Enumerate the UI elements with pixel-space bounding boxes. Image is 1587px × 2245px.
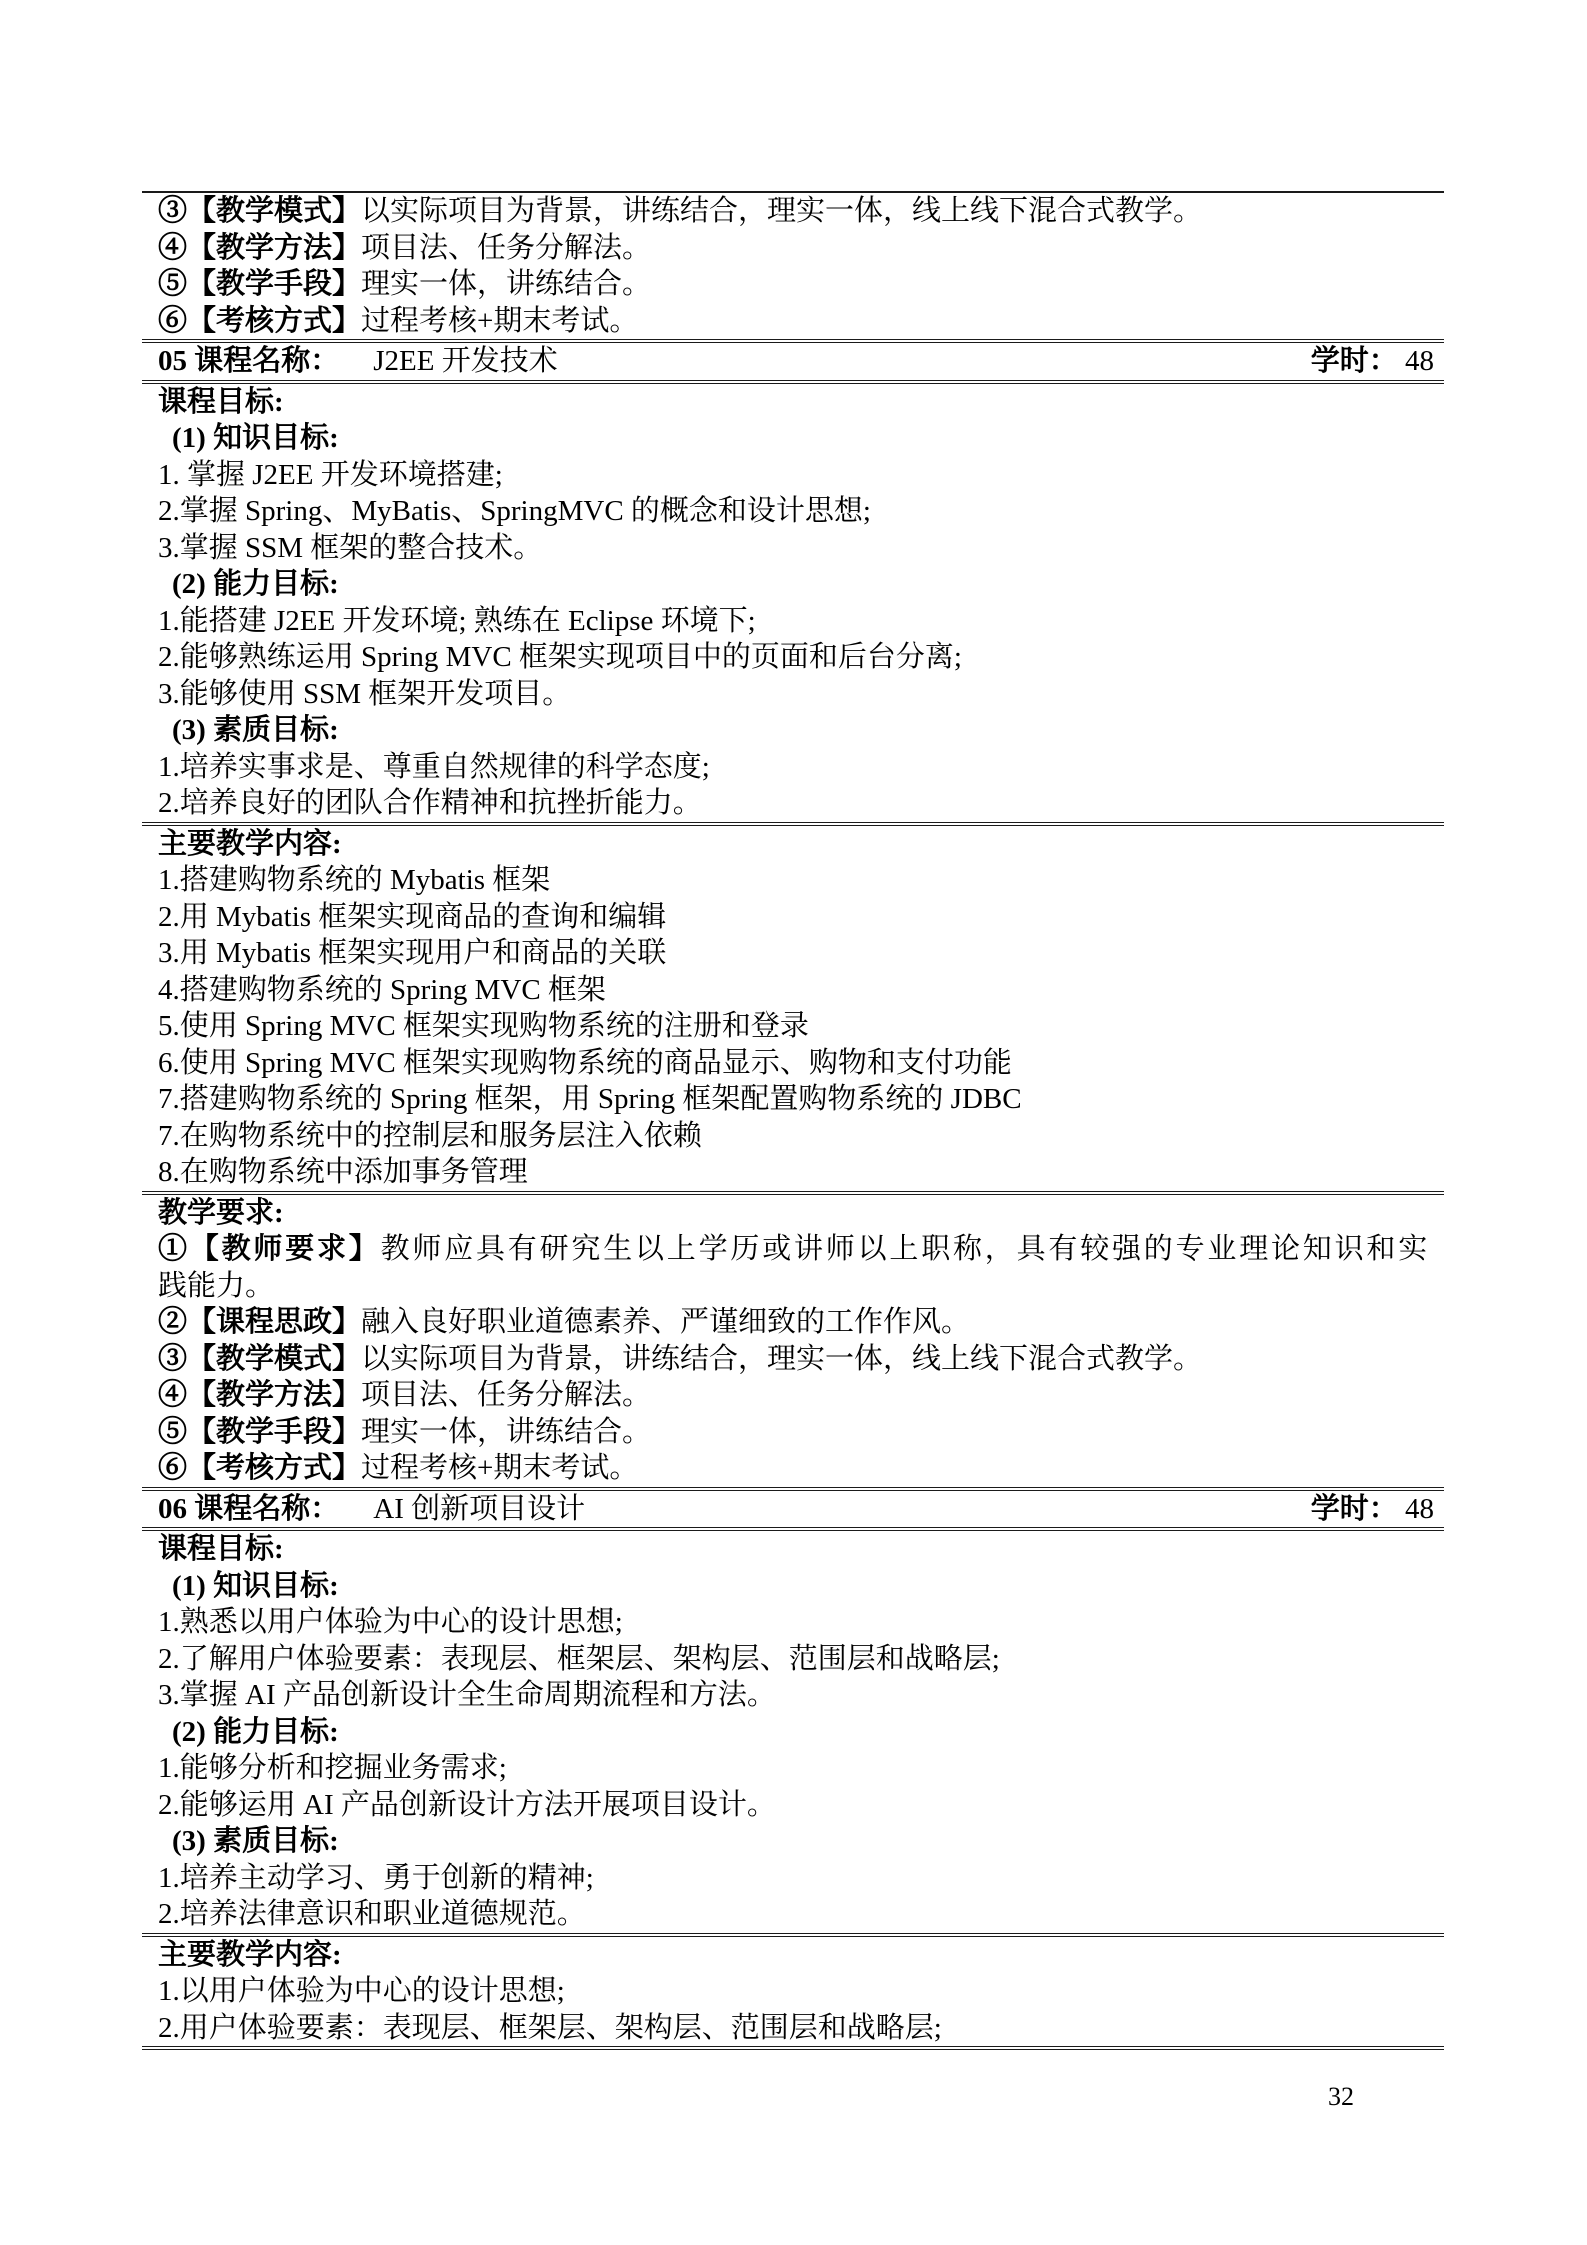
text-segment-bold: ⑤【教学手段】 xyxy=(158,268,361,300)
hours-value: 48 xyxy=(1398,345,1434,377)
hours-label: 学时： xyxy=(1311,345,1398,377)
text-line: 1.熟悉以用户体验为中心的设计思想; xyxy=(142,1604,1444,1641)
text-segment: 7.在购物系统中的控制层和服务层注入依赖 xyxy=(158,1120,702,1152)
text-line: 2.能够运用 AI 产品创新设计方法开展项目设计。 xyxy=(142,1787,1444,1824)
text-segment-bold: (3) 素质目标: xyxy=(172,1825,339,1857)
text-line: 6.使用 Spring MVC 框架实现购物系统的商品显示、购物和支付功能 xyxy=(142,1045,1444,1082)
text-segment: 2.培养法律意识和职业道德规范。 xyxy=(158,1898,586,1930)
text-line: (2) 能力目标: xyxy=(142,566,1444,603)
text-segment-bold: 主要教学内容: xyxy=(158,828,342,860)
text-line: 主要教学内容: xyxy=(142,826,1444,863)
text-line: 2.培养良好的团队合作精神和抗挫折能力。 xyxy=(142,785,1444,822)
text-segment: 8.在购物系统中添加事务管理 xyxy=(158,1156,528,1188)
text-line: 8.在购物系统中添加事务管理 xyxy=(142,1154,1444,1191)
hours-label: 学时： xyxy=(1311,1493,1398,1525)
text-line: 2.能够熟练运用 Spring MVC 框架实现项目中的页面和后台分离; xyxy=(142,639,1444,676)
text-line: (2) 能力目标: xyxy=(142,1714,1444,1751)
text-line: 1.能够分析和挖掘业务需求; xyxy=(142,1750,1444,1787)
text-line: 7.搭建购物系统的 Spring 框架，用 Spring 框架配置购物系统的 J… xyxy=(142,1081,1444,1118)
text-line: 4.搭建购物系统的 Spring MVC 框架 xyxy=(142,972,1444,1009)
text-segment-bold: (1) 知识目标: xyxy=(172,422,339,454)
text-line: 教学要求: xyxy=(142,1195,1444,1232)
document-page: ③【教学模式】以实际项目为背景，讲练结合，理实一体，线上线下混合式教学。④【教学… xyxy=(0,0,1587,2245)
text-segment-bold: (2) 能力目标: xyxy=(172,568,339,600)
text-segment: 3.掌握 AI 产品创新设计全生命周期流程和方法。 xyxy=(158,1679,776,1711)
text-segment: 以实际项目为背景，讲练结合，理实一体，线上线下混合式教学。 xyxy=(361,1343,1202,1375)
text-line: 主要教学内容: xyxy=(142,1937,1444,1974)
course-number-label: 05 课程名称： xyxy=(158,343,339,380)
text-line: 1.搭建购物系统的 Mybatis 框架 xyxy=(142,862,1444,899)
text-line: 2.用 Mybatis 框架实现商品的查询和编辑 xyxy=(142,899,1444,936)
text-segment: 项目法、任务分解法。 xyxy=(361,1379,651,1411)
course-header-row: 05 课程名称：J2EE 开发技术学时： 48 xyxy=(142,339,1444,384)
text-segment: 以实际项目为背景，讲练结合，理实一体，线上线下混合式教学。 xyxy=(361,195,1202,227)
text-line: 3.能够使用 SSM 框架开发项目。 xyxy=(142,676,1444,713)
text-line: 5.使用 Spring MVC 框架实现购物系统的注册和登录 xyxy=(142,1008,1444,1045)
text-segment-bold: ⑥【考核方式】 xyxy=(158,305,361,337)
text-segment: 践能力。 xyxy=(158,1270,274,1302)
text-line: 2.培养法律意识和职业道德规范。 xyxy=(142,1896,1444,1933)
text-line: ④【教学方法】项目法、任务分解法。 xyxy=(142,230,1444,267)
text-line: 1.以用户体验为中心的设计思想; xyxy=(142,1973,1444,2010)
text-segment-bold: 课程目标: xyxy=(158,386,284,418)
text-line: ⑥【考核方式】过程考核+期末考试。 xyxy=(142,303,1444,340)
text-segment: 1.搭建购物系统的 Mybatis 框架 xyxy=(158,864,550,896)
text-line: 课程目标: xyxy=(142,384,1444,421)
text-segment: 2.培养良好的团队合作精神和抗挫折能力。 xyxy=(158,787,702,819)
text-segment-bold: ③【教学模式】 xyxy=(158,195,361,227)
text-line: 1.培养主动学习、勇于创新的精神; xyxy=(142,1860,1444,1897)
text-segment: 融入良好职业道德素养、严谨细致的工作作风。 xyxy=(361,1306,970,1338)
course-number-label: 06 课程名称： xyxy=(158,1491,339,1528)
text-line: ②【课程思政】融入良好职业道德素养、严谨细致的工作作风。 xyxy=(142,1304,1444,1341)
text-segment: 1.培养实事求是、尊重自然规律的科学态度; xyxy=(158,751,710,783)
course-title: J2EE 开发技术 xyxy=(373,343,557,380)
text-segment: 5.使用 Spring MVC 框架实现购物系统的注册和登录 xyxy=(158,1010,809,1042)
text-segment: 2.能够运用 AI 产品创新设计方法开展项目设计。 xyxy=(158,1789,776,1821)
text-segment: 项目法、任务分解法。 xyxy=(361,232,651,264)
text-segment: 3.用 Mybatis 框架实现用户和商品的关联 xyxy=(158,937,666,969)
text-segment: 1.熟悉以用户体验为中心的设计思想; xyxy=(158,1606,623,1638)
text-line: 2.掌握 Spring、MyBatis、SpringMVC 的概念和设计思想; xyxy=(142,493,1444,530)
text-segment: 1. 掌握 J2EE 开发环境搭建; xyxy=(158,459,503,491)
text-line: 1. 掌握 J2EE 开发环境搭建; xyxy=(142,457,1444,494)
text-segment: 3.能够使用 SSM 框架开发项目。 xyxy=(158,678,571,710)
text-segment: 6.使用 Spring MVC 框架实现购物系统的商品显示、购物和支付功能 xyxy=(158,1047,1012,1079)
course-hours: 学时： 48 xyxy=(1311,1491,1444,1528)
text-line: 3.掌握 AI 产品创新设计全生命周期流程和方法。 xyxy=(142,1677,1444,1714)
text-line: 3.掌握 SSM 框架的整合技术。 xyxy=(142,530,1444,567)
text-segment-bold: ④【教学方法】 xyxy=(158,1379,361,1411)
text-segment-bold: 教学要求: xyxy=(158,1197,284,1229)
text-line: ①【教师要求】教师应具有研究生以上学历或讲师以上职称，具有较强的专业理论知识和实 xyxy=(142,1231,1444,1268)
text-line: 2.了解用户体验要素：表现层、框架层、架构层、范围层和战略层; xyxy=(142,1641,1444,1678)
course-title: AI 创新项目设计 xyxy=(373,1491,585,1528)
text-segment: 2.了解用户体验要素：表现层、框架层、架构层、范围层和战略层; xyxy=(158,1643,1000,1675)
text-segment-bold: ①【教师要求】 xyxy=(158,1233,381,1265)
text-segment: 3.掌握 SSM 框架的整合技术。 xyxy=(158,532,542,564)
text-segment: 1.能够分析和挖掘业务需求; xyxy=(158,1752,507,1784)
text-segment: 4.搭建购物系统的 Spring MVC 框架 xyxy=(158,974,606,1006)
text-line: (1) 知识目标: xyxy=(142,420,1444,457)
text-line: ④【教学方法】项目法、任务分解法。 xyxy=(142,1377,1444,1414)
course-hours: 学时： 48 xyxy=(1311,343,1444,380)
text-segment: 7.搭建购物系统的 Spring 框架，用 Spring 框架配置购物系统的 J… xyxy=(158,1083,1022,1115)
page-number: 32 xyxy=(1328,2082,1354,2112)
text-segment: 1.以用户体验为中心的设计思想; xyxy=(158,1975,565,2007)
text-line: ③【教学模式】以实际项目为背景，讲练结合，理实一体，线上线下混合式教学。 xyxy=(142,1341,1444,1378)
text-segment-bold: 课程目标: xyxy=(158,1533,284,1565)
text-segment: 2.掌握 Spring、MyBatis、SpringMVC 的概念和设计思想; xyxy=(158,495,871,527)
text-segment-bold: ④【教学方法】 xyxy=(158,232,361,264)
text-segment-bold: (3) 素质目标: xyxy=(172,714,339,746)
document-body: ③【教学模式】以实际项目为背景，讲练结合，理实一体，线上线下混合式教学。④【教学… xyxy=(142,0,1444,2050)
text-segment-bold: ⑥【考核方式】 xyxy=(158,1452,361,1484)
text-line: 践能力。 xyxy=(142,1268,1444,1305)
text-line: ⑤【教学手段】理实一体，讲练结合。 xyxy=(142,266,1444,303)
text-segment: 1.培养主动学习、勇于创新的精神; xyxy=(158,1862,594,1894)
text-segment: 过程考核+期末考试。 xyxy=(361,305,638,337)
hours-value: 48 xyxy=(1398,1493,1434,1525)
table-border-double xyxy=(142,2046,1444,2050)
text-line: 3.用 Mybatis 框架实现用户和商品的关联 xyxy=(142,935,1444,972)
text-segment: 2.用户体验要素：表现层、框架层、架构层、范围层和战略层; xyxy=(158,2012,942,2044)
text-line: 1.能搭建 J2EE 开发环境; 熟练在 Eclipse 环境下; xyxy=(142,603,1444,640)
text-segment: 2.能够熟练运用 Spring MVC 框架实现项目中的页面和后台分离; xyxy=(158,641,962,673)
text-segment: 2.用 Mybatis 框架实现商品的查询和编辑 xyxy=(158,901,666,933)
text-segment: 理实一体，讲练结合。 xyxy=(361,268,651,300)
text-line: 1.培养实事求是、尊重自然规律的科学态度; xyxy=(142,749,1444,786)
text-line: (3) 素质目标: xyxy=(142,712,1444,749)
text-segment: 过程考核+期末考试。 xyxy=(361,1452,638,1484)
text-line: (1) 知识目标: xyxy=(142,1568,1444,1605)
course-header-row: 06 课程名称：AI 创新项目设计学时： 48 xyxy=(142,1487,1444,1532)
text-line: 2.用户体验要素：表现层、框架层、架构层、范围层和战略层; xyxy=(142,2010,1444,2047)
text-segment-bold: (1) 知识目标: xyxy=(172,1570,339,1602)
text-segment: 教师应具有研究生以上学历或讲师以上职称，具有较强的专业理论知识和实 xyxy=(381,1233,1430,1265)
text-segment-bold: ⑤【教学手段】 xyxy=(158,1416,361,1448)
text-line: 7.在购物系统中的控制层和服务层注入依赖 xyxy=(142,1118,1444,1155)
text-line: ③【教学模式】以实际项目为背景，讲练结合，理实一体，线上线下混合式教学。 xyxy=(142,193,1444,230)
text-segment-bold: ③【教学模式】 xyxy=(158,1343,361,1375)
text-line: (3) 素质目标: xyxy=(142,1823,1444,1860)
text-line: ⑥【考核方式】过程考核+期末考试。 xyxy=(142,1450,1444,1487)
text-segment-bold: 主要教学内容: xyxy=(158,1939,342,1971)
text-line: ⑤【教学手段】理实一体，讲练结合。 xyxy=(142,1414,1444,1451)
text-segment: 理实一体，讲练结合。 xyxy=(361,1416,651,1448)
text-segment-bold: ②【课程思政】 xyxy=(158,1306,361,1338)
text-line: 课程目标: xyxy=(142,1531,1444,1568)
text-segment-bold: (2) 能力目标: xyxy=(172,1716,339,1748)
text-segment: 1.能搭建 J2EE 开发环境; 熟练在 Eclipse 环境下; xyxy=(158,605,756,637)
